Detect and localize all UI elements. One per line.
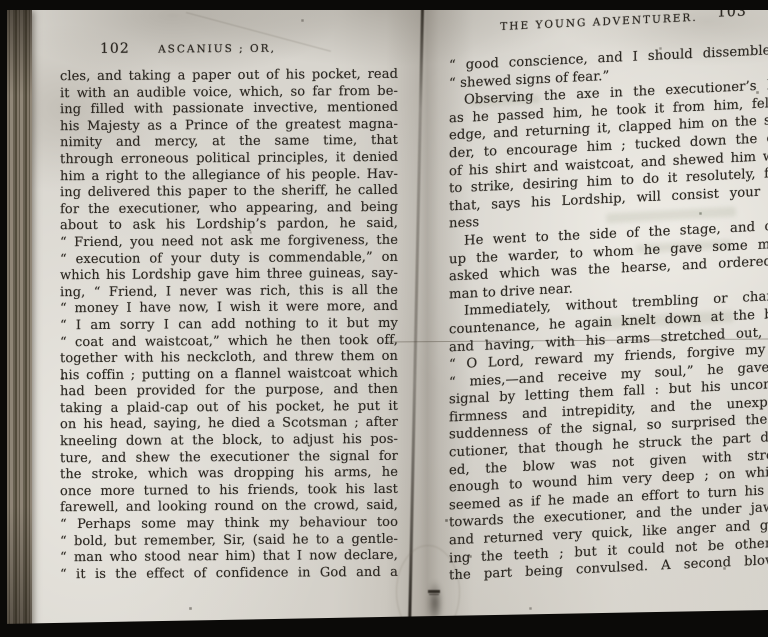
text-line: “ I am sorry I can add nothing to it but… xyxy=(60,316,398,335)
left-page: 102 ASCANIUS ; OR, cles, and taking a pa… xyxy=(60,39,398,584)
right-page-text: “ good conscience, and I should dissembl… xyxy=(437,41,768,586)
running-title-left: ASCANIUS ; OR, xyxy=(60,42,374,56)
text-line: ing filled with passionate invective, me… xyxy=(60,100,398,119)
text-line: through erroneous political principles, … xyxy=(60,150,398,169)
left-page-text: cles, and taking a paper out of his pock… xyxy=(60,67,398,584)
text-line: “ man who stood near him) that I now dec… xyxy=(60,548,398,567)
text-line: “ Perhaps some may think my behaviour to… xyxy=(60,515,398,534)
scan-border-left xyxy=(0,0,7,637)
scan-border-top xyxy=(0,0,768,10)
text-line: “ Friend, you need not ask me forgivenes… xyxy=(60,233,398,252)
left-page-header: 102 ASCANIUS ; OR, xyxy=(60,39,398,59)
text-line: cles, and taking a paper out of his pock… xyxy=(60,67,398,86)
running-title-right: THE YOUNG ADVENTURER. xyxy=(495,11,703,33)
text-line: which his Lordship gave him three guinea… xyxy=(60,266,398,285)
right-page: THE YOUNG ADVENTURER. 103 “ good conscie… xyxy=(437,1,768,586)
text-line: together with his neckcloth, and threw t… xyxy=(60,349,398,368)
text-line: ing delivered this paper to the sheriff,… xyxy=(60,183,398,202)
text-line: “ it is the effect of confidence in God … xyxy=(60,565,398,584)
book-scan: 102 ASCANIUS ; OR, cles, and taking a pa… xyxy=(0,0,768,637)
page-edges-texture xyxy=(5,9,32,631)
text-line: kneeling down at the block, to adjust hi… xyxy=(60,432,398,451)
